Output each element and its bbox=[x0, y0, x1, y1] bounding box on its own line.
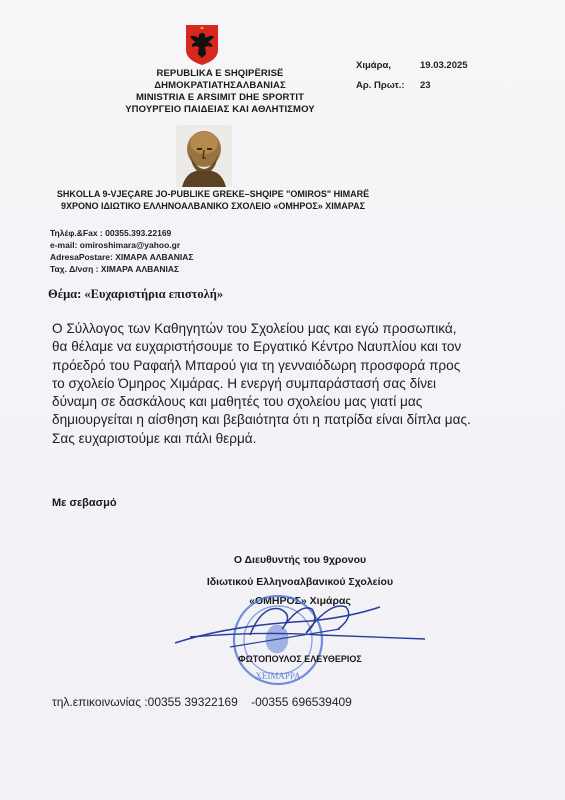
body-line: το σχολείο Όμηρος Χιμάρας. Η ενεργή συμπ… bbox=[52, 375, 522, 393]
contact-phones: τηλ.επικοινωνίας :00355 39322169 -00355 … bbox=[52, 695, 352, 709]
email-link[interactable]: e-mail: omiroshimara@yahoo.gr bbox=[50, 239, 194, 251]
signature-line: Ο Διευθυντής του 9χρονου bbox=[150, 549, 450, 571]
signer-name: ΦΩΤΟΠΟΥΛΟΣ ΕΛΕΥΘΕΡΙΟΣ bbox=[200, 654, 400, 664]
homer-portrait bbox=[176, 125, 232, 187]
official-stamp-icon: ΧΕΙΜΑΡΡΑ bbox=[170, 595, 440, 695]
letter-subject: Θέμα: «Ευχαριστήρια επιστολή» bbox=[48, 287, 223, 302]
stamp-text: ΧΕΙΜΑΡΡΑ bbox=[255, 671, 301, 681]
albanian-emblem-icon bbox=[185, 24, 219, 66]
postal-address: AdresaPostare: ΧΙΜΑΡΑ ΑΛΒΑΝΙΑΣ bbox=[50, 251, 194, 263]
letterhead: REPUBLIKA E SHQIPËRISË ΔΗΜΟΚΡΑΤΙΑΤΗΣΑΛΒΑ… bbox=[100, 68, 340, 116]
contact-block: Τηλέφ.&Fax : 00355.393.22169 e-mail: omi… bbox=[50, 227, 194, 275]
body-line: θα θέλαμε να ευχαριστήσουμε το Εργατικό … bbox=[52, 338, 522, 356]
letter-body: Ο Σύλλογος των Καθηγητών του Σχολείου μα… bbox=[52, 320, 522, 448]
body-line: δημιουργείται η αίσθηση και βεβαιότητα ό… bbox=[52, 411, 522, 429]
letterhead-line: ΔΗΜΟΚΡΑΤΙΑΤΗΣΑΛΒΑΝΙΑΣ bbox=[100, 80, 340, 92]
school-name-albanian: SHKOLLA 9-VJEÇARE JO-PUBLIKE GREKE–SHQIP… bbox=[48, 189, 378, 199]
body-line: Ο Σύλλογος των Καθηγητών του Σχολείου μα… bbox=[52, 320, 522, 338]
protocol-number: 23 bbox=[420, 80, 431, 91]
place-label: Χιμάρα, bbox=[356, 60, 391, 71]
closing-salutation: Με σεβασμό bbox=[52, 497, 117, 509]
body-line: πρόεδρό του Ραφαήλ Μπαρού για τη γενναιό… bbox=[52, 357, 522, 375]
body-line: δύναμη σε δασκάλους και μαθητές του σχολ… bbox=[52, 393, 522, 411]
letter-date: 19.03.2025 bbox=[420, 60, 468, 71]
letterhead-line: MINISTRIA E ARSIMIT DHE SPORTIT bbox=[100, 92, 340, 104]
homer-bust-icon bbox=[176, 125, 232, 187]
body-line: Σας ευχαριστούμε και πάλι θερμά. bbox=[52, 430, 522, 448]
school-name-greek: 9ΧΡΟΝΟ ΙΔΙΩΤΙΚΟ ΕΛΛΗΝΟΑΛΒΑΝΙΚΟ ΣΧΟΛΕΙΟ «… bbox=[48, 201, 378, 211]
protocol-label: Αρ. Πρωτ.: bbox=[356, 80, 405, 91]
letter-page: REPUBLIKA E SHQIPËRISË ΔΗΜΟΚΡΑΤΙΑΤΗΣΑΛΒΑ… bbox=[0, 0, 565, 800]
postal-code: Ταχ. Δ/νση : ΧΙΜΑΡΑ ΑΛΒΑΝΙΑΣ bbox=[50, 263, 194, 275]
letterhead-line: ΥΠΟΥΡΓΕΙΟ ΠΑΙΔΕΙΑΣ ΚΑΙ ΑΘΛΗΤΙΣΜΟΥ bbox=[100, 104, 340, 116]
letterhead-line: REPUBLIKA E SHQIPËRISË bbox=[100, 68, 340, 80]
phone-fax: Τηλέφ.&Fax : 00355.393.22169 bbox=[50, 227, 194, 239]
signature-line: Ιδιωτικού Ελληνοαλβανικού Σχολείου bbox=[150, 571, 450, 593]
